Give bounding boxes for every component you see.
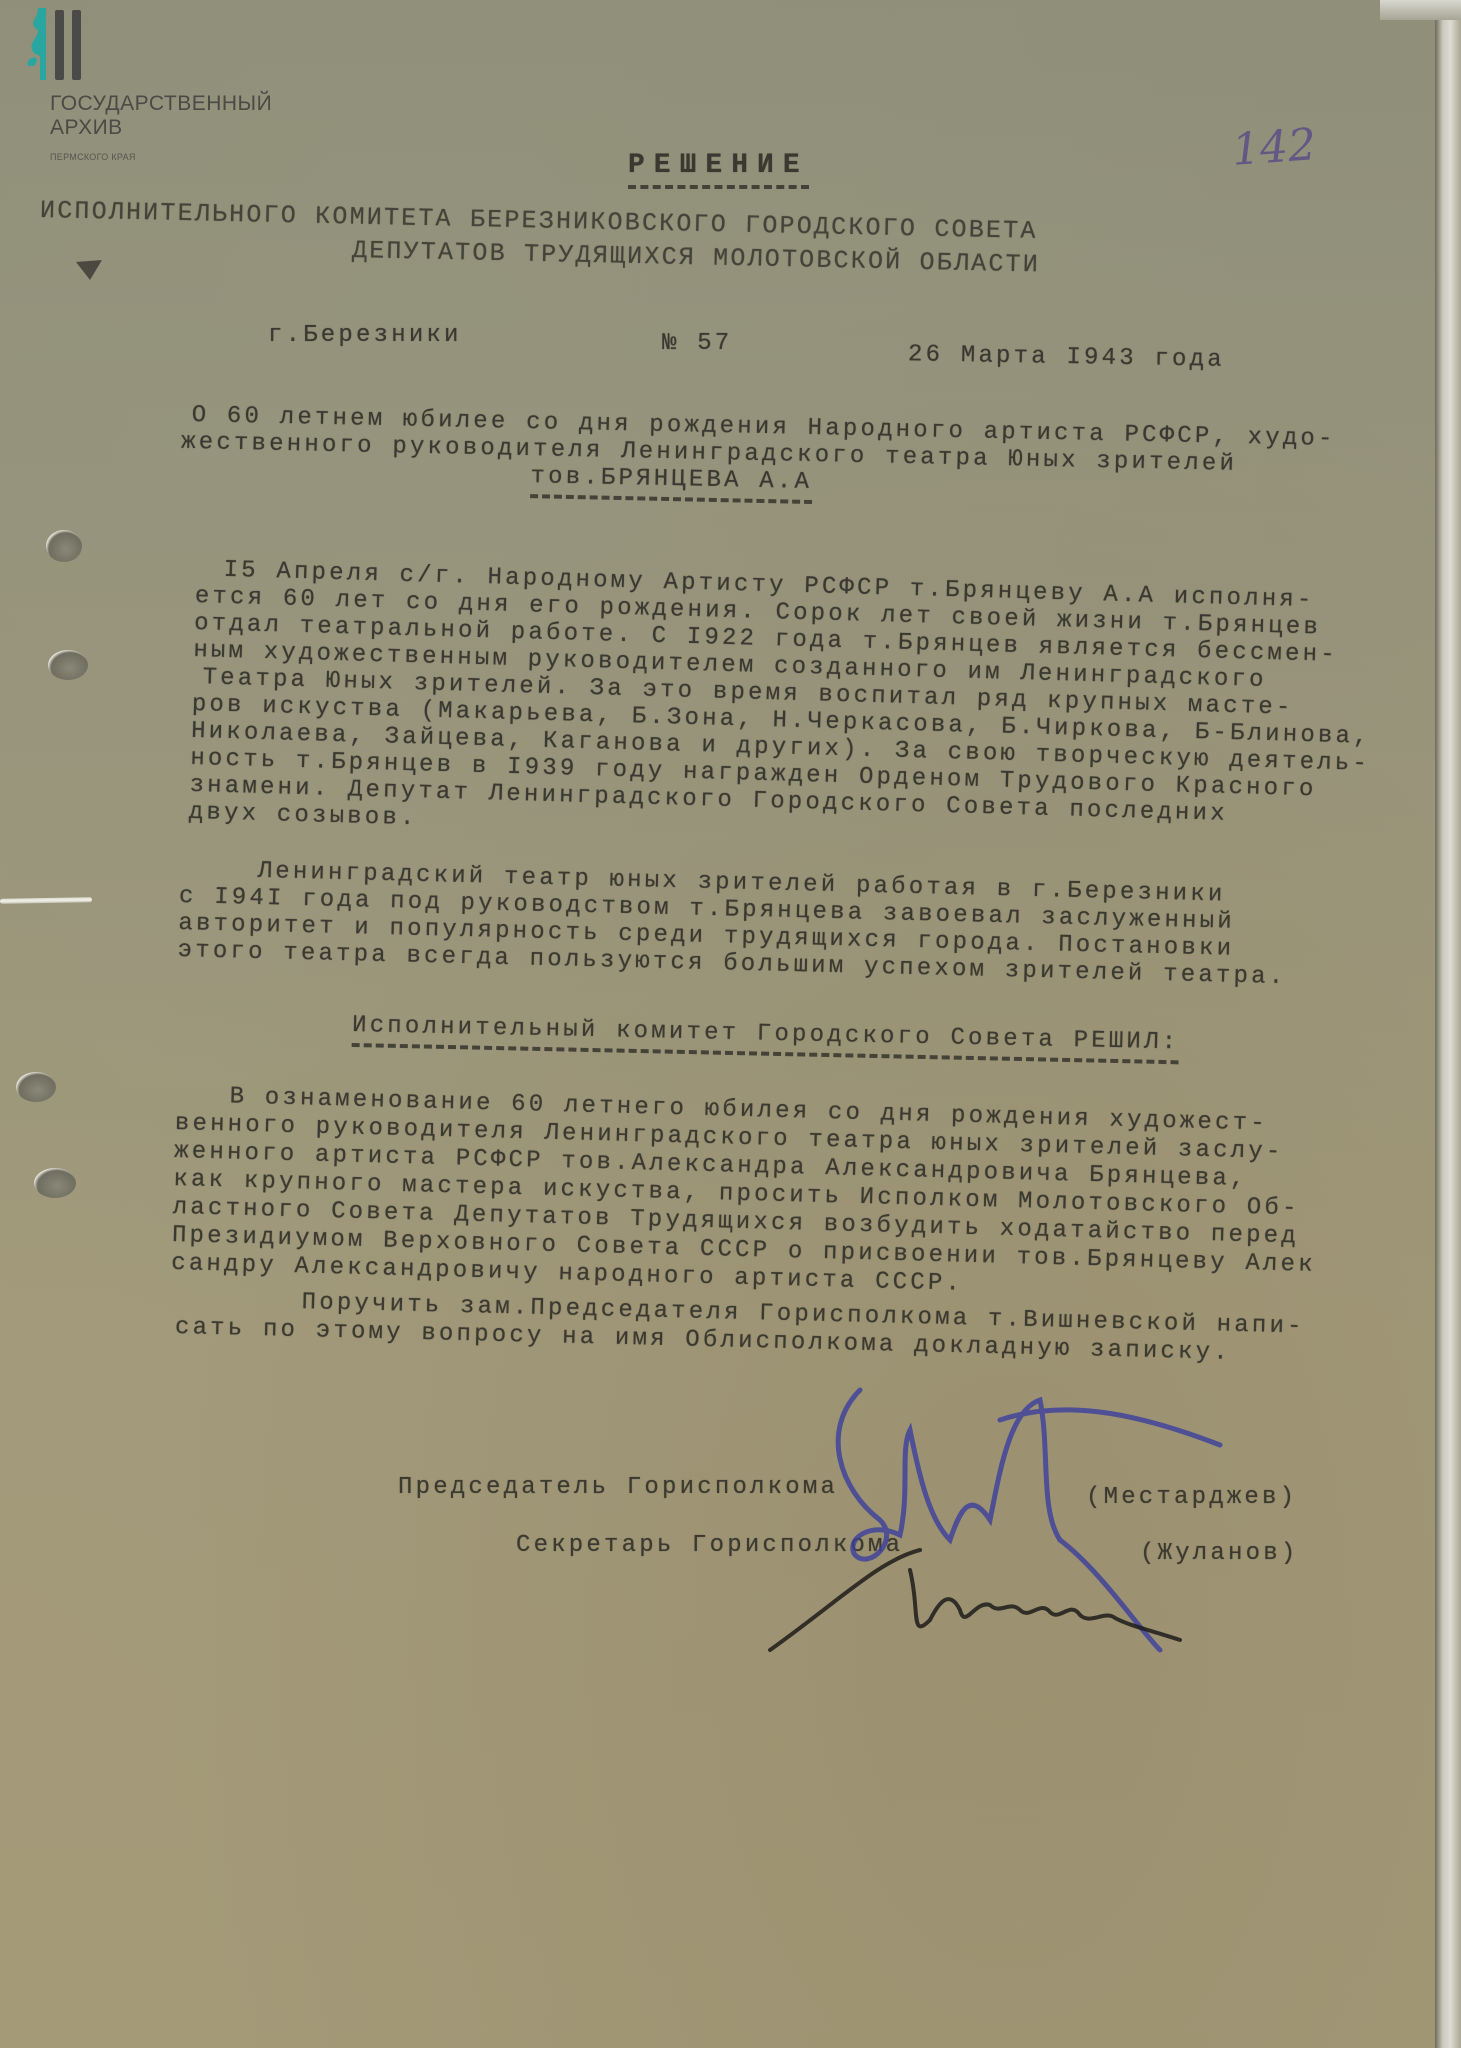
archive-logo-title: ГОСУДАРСТВЕННЫЙ АРХИВ xyxy=(50,92,272,140)
folder-page-edge-top xyxy=(1380,0,1461,20)
document-place: г.Березники xyxy=(268,322,462,349)
subject-person: тов.БРЯНЦЕВА А.А xyxy=(530,463,812,504)
punch-hole xyxy=(46,530,82,562)
punch-hole xyxy=(34,1168,76,1198)
punch-hole xyxy=(16,1072,56,1102)
document-title: РЕШЕНИЕ xyxy=(628,150,809,189)
punch-hole xyxy=(48,650,88,680)
document-date: 26 Марта I943 года xyxy=(908,341,1225,374)
logo-title-line2: АРХИВ xyxy=(50,116,272,140)
staple-mark-icon xyxy=(74,258,104,282)
document-page: ГОСУДАРСТВЕННЫЙ АРХИВ ПЕРМСКОГО КРАЯ 142… xyxy=(0,0,1442,2048)
resolution-paragraph-1: В ознаменование 60 летнего юбилея со дня… xyxy=(171,1082,1320,1308)
resolution-heading: Исполнительный комитет Городского Совета… xyxy=(352,1012,1180,1064)
archive-logo-subtitle: ПЕРМСКОГО КРАЯ xyxy=(50,152,136,162)
secretary-signature-icon xyxy=(760,1530,1240,1670)
folder-page-edge xyxy=(1435,0,1461,2048)
body-paragraph-2: Ленинградский театр юных зрителей работа… xyxy=(177,856,1288,991)
archive-logo-mark-icon xyxy=(12,6,102,82)
document-number: № 57 xyxy=(662,330,732,357)
logo-title-line1: ГОСУДАРСТВЕННЫЙ xyxy=(50,92,272,116)
issuer-line-1: ИСПОЛНИТЕЛЬНОГО КОМИТЕТА БЕРЕЗНИКОВСКОГО… xyxy=(40,196,1038,246)
archive-logo: ГОСУДАРСТВЕННЫЙ АРХИВ ПЕРМСКОГО КРАЯ xyxy=(12,6,312,166)
signature-role-chairman: Председатель Горисполкома xyxy=(398,1474,838,1501)
page-number: 142 xyxy=(1230,119,1317,176)
document-subject: О 60 летнем юбилее со дня рождения Народ… xyxy=(190,402,1336,515)
body-paragraph-1: I5 Апреля с/г. Народному Артисту РСФСР т… xyxy=(188,556,1374,859)
binding-thread xyxy=(0,897,92,904)
